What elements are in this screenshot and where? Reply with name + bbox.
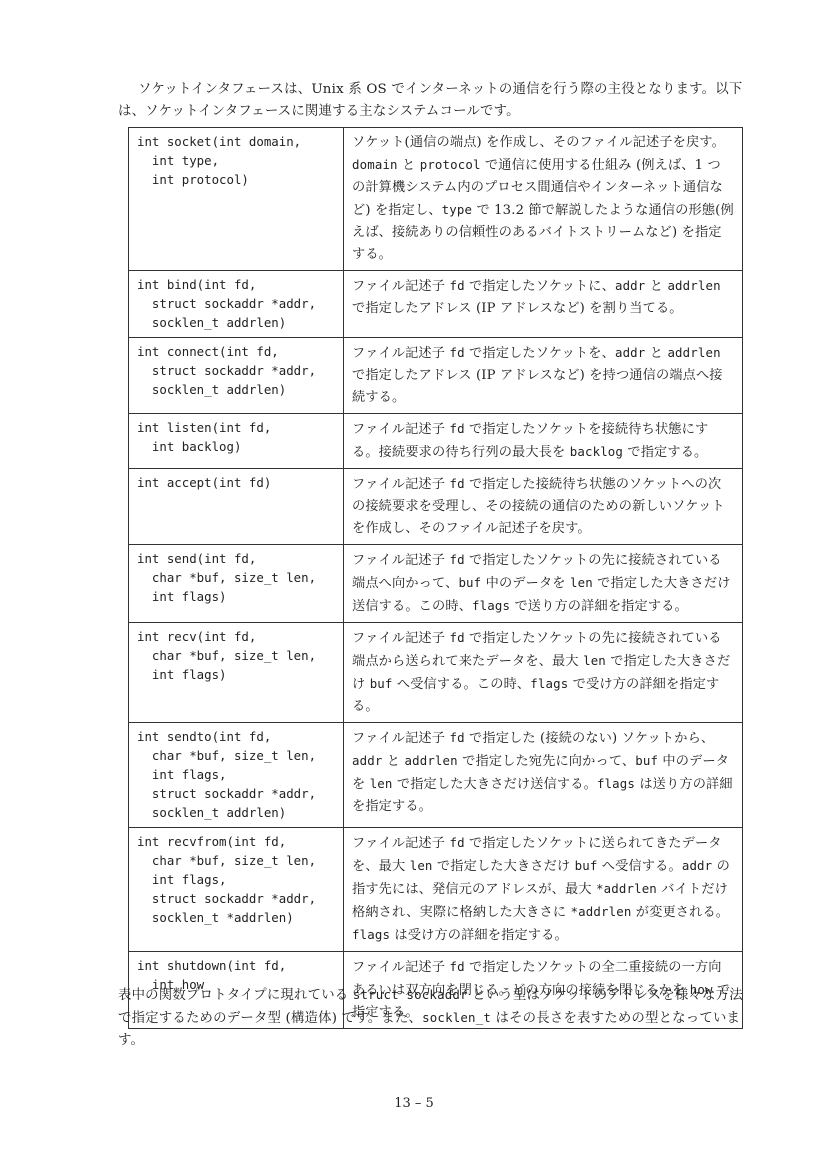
code-identifier: *addrlen [571, 904, 632, 919]
code-identifier: struct sockaddr [353, 987, 468, 1002]
function-prototype: int recv(int fd, char *buf, size_t len, … [129, 622, 344, 722]
code-identifier: fd [449, 959, 464, 974]
code-identifier: addrlen [404, 753, 457, 768]
code-identifier: flags [352, 927, 390, 942]
function-description: ファイル記述子 fd で指定したソケットを、addr と addrlen で指定… [344, 337, 743, 413]
text-segment: ファイル記述子 [352, 346, 449, 361]
text-segment: ソケット(通信の端点) を作成し、そのファイル記述子を戻す。 [352, 135, 725, 150]
function-prototype: int send(int fd, char *buf, size_t len, … [129, 544, 344, 622]
text-segment: ファイル記述子 [352, 731, 449, 746]
code-identifier: fd [449, 345, 464, 360]
code-identifier: addr [615, 278, 645, 293]
code-identifier: flags [472, 598, 510, 613]
function-prototype: int socket(int domain, int type, int pro… [129, 128, 344, 271]
text-segment: が変更される。 [631, 905, 729, 920]
code-identifier: addr [352, 753, 382, 768]
table-row: int accept(int fd)ファイル記述子 fd で指定した接続待ち状態… [129, 468, 743, 544]
code-identifier: buf [370, 676, 393, 691]
code-identifier: addr [615, 345, 645, 360]
code-identifier: fd [449, 278, 464, 293]
table-row: int listen(int fd, int backlog)ファイル記述子 f… [129, 413, 743, 468]
text-segment: で指定したアドレス (IP アドレスなど) を割り当てる。 [352, 301, 683, 316]
function-prototype: int accept(int fd) [129, 468, 344, 544]
function-prototype: int connect(int fd, struct sockaddr *add… [129, 337, 344, 413]
function-prototype: int listen(int fd, int backlog) [129, 413, 344, 468]
table-row: int connect(int fd, struct sockaddr *add… [129, 337, 743, 413]
text-segment: ファイル記述子 [352, 631, 449, 646]
code-identifier: fd [449, 630, 464, 645]
text-segment: で指定する。 [623, 445, 707, 460]
text-segment: ファイル記述子 [352, 553, 449, 568]
code-identifier: len [583, 653, 606, 668]
function-description: ファイル記述子 fd で指定したソケットに送られてきたデータを、最大 len で… [344, 827, 743, 951]
text-segment: で指定した大きさだけ送信する。 [393, 777, 597, 792]
code-identifier: addrlen [667, 278, 720, 293]
code-identifier: type [442, 202, 472, 217]
outro-paragraph: 表中の関数プロトタイプに現れている struct sockaddr という型はソ… [118, 984, 750, 1052]
text-segment: と [398, 158, 420, 173]
intro-paragraph: ソケットインタフェースは、Unix 系 OS でインターネットの通信を行う際の主… [118, 79, 750, 123]
system-call-table: int socket(int domain, int type, int pro… [128, 127, 743, 1029]
text-segment: 中のデータを [481, 576, 570, 591]
table-row: int sendto(int fd, char *buf, size_t len… [129, 722, 743, 827]
text-segment: ファイル記述子 [352, 836, 449, 851]
text-segment: で指定した大きさだけ [433, 859, 575, 874]
table-row: int send(int fd, char *buf, size_t len, … [129, 544, 743, 622]
function-description: ソケット(通信の端点) を作成し、そのファイル記述子を戻す。domain と p… [344, 128, 743, 271]
page-number: 13 – 5 [0, 1096, 828, 1111]
code-identifier: flags [597, 776, 635, 791]
code-identifier: fd [449, 730, 464, 745]
table-row: int recv(int fd, char *buf, size_t len, … [129, 622, 743, 722]
code-identifier: len [370, 776, 393, 791]
code-identifier: len [570, 575, 593, 590]
text-segment: と [382, 754, 404, 769]
function-description: ファイル記述子 fd で指定したソケットの先に接続されている端点から送られて来た… [344, 622, 743, 722]
code-identifier: socklen_t [422, 1010, 491, 1025]
intro-text: ソケットインタフェースは、Unix 系 OS でインターネットの通信を行う際の主… [118, 82, 742, 119]
text-segment: ファイル記述子 [352, 422, 449, 437]
code-identifier: addrlen [667, 345, 720, 360]
code-identifier: fd [449, 421, 464, 436]
code-identifier: backlog [570, 444, 623, 459]
code-identifier: fd [449, 476, 464, 491]
function-prototype: int bind(int fd, struct sockaddr *addr, … [129, 271, 344, 338]
table-row: int socket(int domain, int type, int pro… [129, 128, 743, 271]
function-description: ファイル記述子 fd で指定したソケットの先に接続されている端点へ向かって、bu… [344, 544, 743, 622]
code-identifier: protocol [420, 157, 481, 172]
text-segment: ファイル記述子 [352, 960, 449, 975]
code-identifier: fd [449, 552, 464, 567]
code-identifier: buf [635, 753, 658, 768]
code-identifier: buf [575, 858, 598, 873]
code-identifier: domain [352, 157, 398, 172]
table-row: int recvfrom(int fd, char *buf, size_t l… [129, 827, 743, 951]
code-identifier: flags [530, 676, 568, 691]
function-description: ファイル記述子 fd で指定したソケットを接続待ち状態にする。接続要求の待ち行列… [344, 413, 743, 468]
system-call-table-body: int socket(int domain, int type, int pro… [129, 128, 743, 1029]
function-description: ファイル記述子 fd で指定したソケットに、addr と addrlen で指定… [344, 271, 743, 338]
text-segment: と [645, 346, 667, 361]
function-prototype: int recvfrom(int fd, char *buf, size_t l… [129, 827, 344, 951]
text-segment: へ受信する。 [597, 859, 681, 874]
code-identifier: len [410, 858, 433, 873]
code-identifier: fd [449, 835, 464, 850]
text-segment: は受け方の詳細を指定する。 [390, 928, 568, 943]
code-identifier: buf [458, 575, 481, 590]
function-description: ファイル記述子 fd で指定した接続待ち状態のソケットへの次の接続要求を受理し、… [344, 468, 743, 544]
function-prototype: int sendto(int fd, char *buf, size_t len… [129, 722, 344, 827]
text-segment: で指定したアドレス (IP アドレスなど) を持つ通信の端点へ接続する。 [352, 368, 723, 405]
table-row: int bind(int fd, struct sockaddr *addr, … [129, 271, 743, 338]
text-segment: で指定した宛先に向かって、 [458, 754, 635, 769]
text-segment: ファイル記述子 [352, 477, 449, 492]
text-segment: で送り方の詳細を指定する。 [510, 599, 688, 614]
code-identifier: addr [682, 858, 712, 873]
text-segment: 表中の関数プロトタイプに現れている [118, 988, 353, 1003]
text-segment: で指定したソケットに、 [465, 279, 615, 294]
text-segment: で指定した (接続のない) ソケットから、 [465, 731, 715, 746]
code-identifier: *addrlen [596, 881, 657, 896]
text-segment: と [645, 279, 667, 294]
text-segment: ファイル記述子 [352, 279, 449, 294]
text-segment: へ受信する。この時、 [393, 677, 531, 692]
text-segment: で指定したソケットを、 [465, 346, 615, 361]
function-description: ファイル記述子 fd で指定した (接続のない) ソケットから、addr と a… [344, 722, 743, 827]
